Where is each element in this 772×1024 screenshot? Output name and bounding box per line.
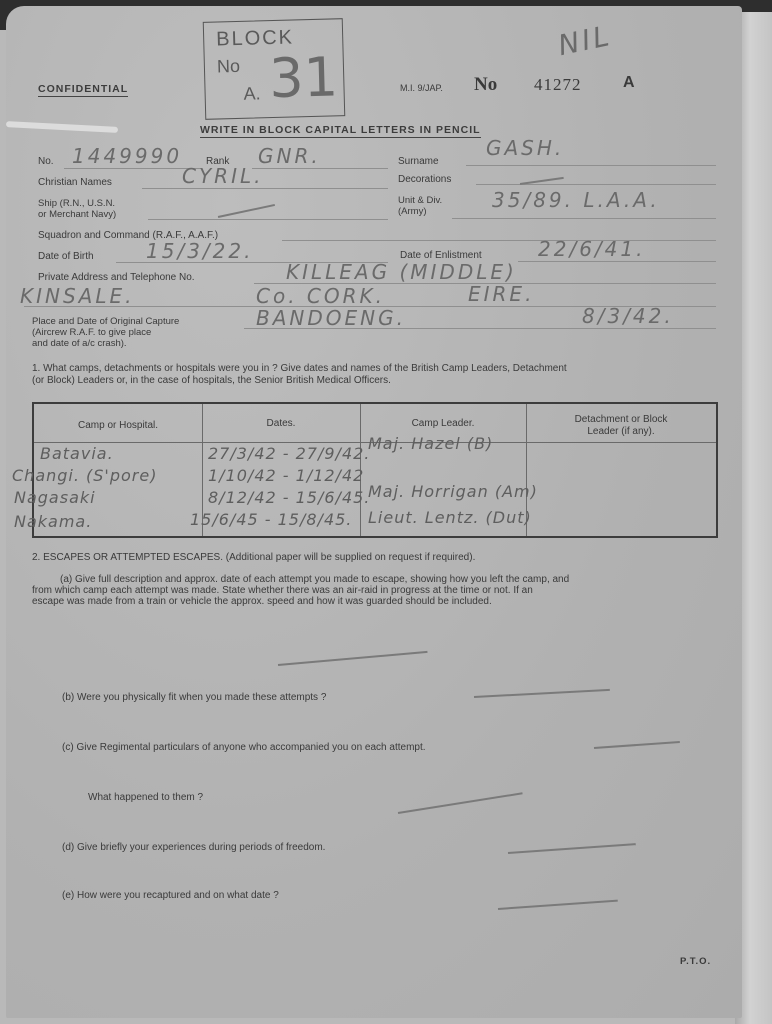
treasury-tag-string [6,121,118,133]
camps-table: Camp or Hospital. Dates. Camp Leader. De… [32,402,718,538]
service-no-label: No. [38,156,54,167]
capture-label: Place and Date of Original Capture (Airc… [32,316,179,349]
private-address-value-line1[interactable]: KILLEAG (MIDDLE) [286,260,517,284]
row4-leader[interactable]: Lieut. Lentz. (Dut) [368,508,532,527]
row4-camp[interactable]: Nakama. [14,512,92,531]
header-camp: Camp or Hospital. [34,420,202,432]
row3-leader[interactable]: Maj. Horrigan (Am) [368,482,538,501]
decorations-label: Decorations [398,174,451,185]
section2-heading: 2. ESCAPES OR ATTEMPTED ESCAPES. (Additi… [32,552,475,564]
header-dates: Dates. [202,418,360,430]
section1-question: 1. What camps, detachments or hospitals … [32,363,567,387]
squadron-line [282,240,716,241]
section1-question-line2: (or Block) Leaders or, in the case of ho… [32,375,567,387]
stamp-number: 31 [268,45,338,110]
unit-div-value[interactable]: 35/89. L.A.A. [492,188,660,212]
section2-question-b: (b) Were you physically fit when you mad… [62,692,326,704]
row1-camp[interactable]: Batavia. [40,444,114,463]
row1-leader[interactable]: Maj. Hazel (B) [368,434,493,453]
form-reference: M.I. 9/JAP. [400,83,443,93]
christian-names-label: Christian Names [38,177,112,188]
ship-line [148,219,388,220]
question-a-line1: (a) Give full description and approx. da… [32,574,569,585]
rank-value[interactable]: GNR. [258,144,321,168]
surname-label: Surname [398,156,439,167]
please-turn-over: P.T.O. [680,956,711,967]
serial-number: 41272 [534,75,582,95]
row3-dates[interactable]: 8/12/42 - 15/6/45. [208,488,370,507]
private-address-value-line2-town[interactable]: KINSALE. [20,284,135,308]
date-of-birth-value[interactable]: 15/3/22. [146,239,253,263]
header-detachment-line1: Detachment or Block [526,414,716,426]
date-of-birth-label: Date of Birth [38,251,94,262]
capture-date-value[interactable]: 8/3/42. [582,304,674,328]
unit-div-label-line2: (Army) [398,206,442,217]
question-a-line2: from which camp each attempt was made. S… [32,585,569,596]
header-detachment-line2: Leader (if any). [526,426,716,438]
row1-dates[interactable]: 27/3/42 - 27/9/42. [208,444,370,463]
private-address-value-line2-county[interactable]: Co. CORK. [256,284,385,308]
capture-label-line3: and date of a/c crash). [32,338,179,349]
private-address-value-line2-country[interactable]: EIRE. [468,282,534,306]
instruction-heading: WRITE IN BLOCK CAPITAL LETTERS IN PENCIL [200,124,481,138]
section2-question-c: (c) Give Regimental particulars of anyon… [62,742,426,754]
stamp-line3: A. [243,83,261,104]
answer-c-followup-dash [398,792,523,813]
unit-div-label: Unit & Div. (Army) [398,195,442,217]
confidential-label: CONFIDENTIAL [38,83,128,97]
surname-line [466,165,716,166]
private-address-label: Private Address and Telephone No. [38,272,195,283]
serial-suffix: A [623,74,635,92]
header-camp-leader: Camp Leader. [360,418,526,430]
section2-question-c-followup: What happened to them ? [88,792,203,804]
unit-div-line [452,218,716,219]
row2-camp[interactable]: Changi. (S'pore) [12,466,157,485]
rank-line [252,168,388,169]
capture-label-line1: Place and Date of Original Capture [32,316,179,327]
answer-c-dash [594,741,680,748]
date-of-enlistment-line [518,261,716,262]
section2-question-e: (e) How were you recaptured and on what … [62,890,279,902]
answer-d-dash [508,843,636,853]
ship-label: Ship (R.N., U.S.N. or Merchant Navy) [38,198,116,220]
unit-div-label-line1: Unit & Div. [398,195,442,206]
row3-camp[interactable]: Nagasaki [14,488,96,507]
date-of-enlistment-value[interactable]: 22/6/41. [538,237,645,261]
decorations-line [476,184,716,185]
answer-b-dash [474,689,610,698]
number-mark: No [474,74,497,96]
stamp-line2: No [217,56,241,78]
service-no-value[interactable]: 1449990 [72,144,182,168]
question-a-line3: escape was made from a train or vehicle … [32,596,569,607]
pow-questionnaire-page: CONFIDENTIAL BLOCK No A. 31 NIL M.I. 9/J… [6,6,742,1018]
capture-label-line2: (Aircrew R.A.F. to give place [32,327,179,338]
surname-value[interactable]: GASH. [486,136,564,160]
header-detachment-leader: Detachment or Block Leader (if any). [526,414,716,438]
ship-label-line2: or Merchant Navy) [38,209,116,220]
answer-a-dash [278,651,428,666]
christian-names-line [142,188,388,189]
ship-label-line1: Ship (R.N., U.S.N. [38,198,116,209]
capture-place-value[interactable]: BANDOENG. [256,306,406,330]
row2-dates[interactable]: 1/10/42 - 1/12/42 [208,466,364,485]
section2-question-d: (d) Give briefly your experiences during… [62,842,325,854]
answer-e-dash [498,900,618,910]
section2-question-a: (a) Give full description and approx. da… [32,574,569,607]
section1-question-line1: 1. What camps, detachments or hospitals … [32,363,567,375]
christian-names-value[interactable]: CYRIL. [182,164,263,188]
block-stamp: BLOCK No A. 31 [203,18,346,120]
row4-dates[interactable]: 15/6/45 - 15/8/45. [190,510,352,529]
ship-dash [218,204,275,218]
margin-note: NIL [555,19,614,62]
